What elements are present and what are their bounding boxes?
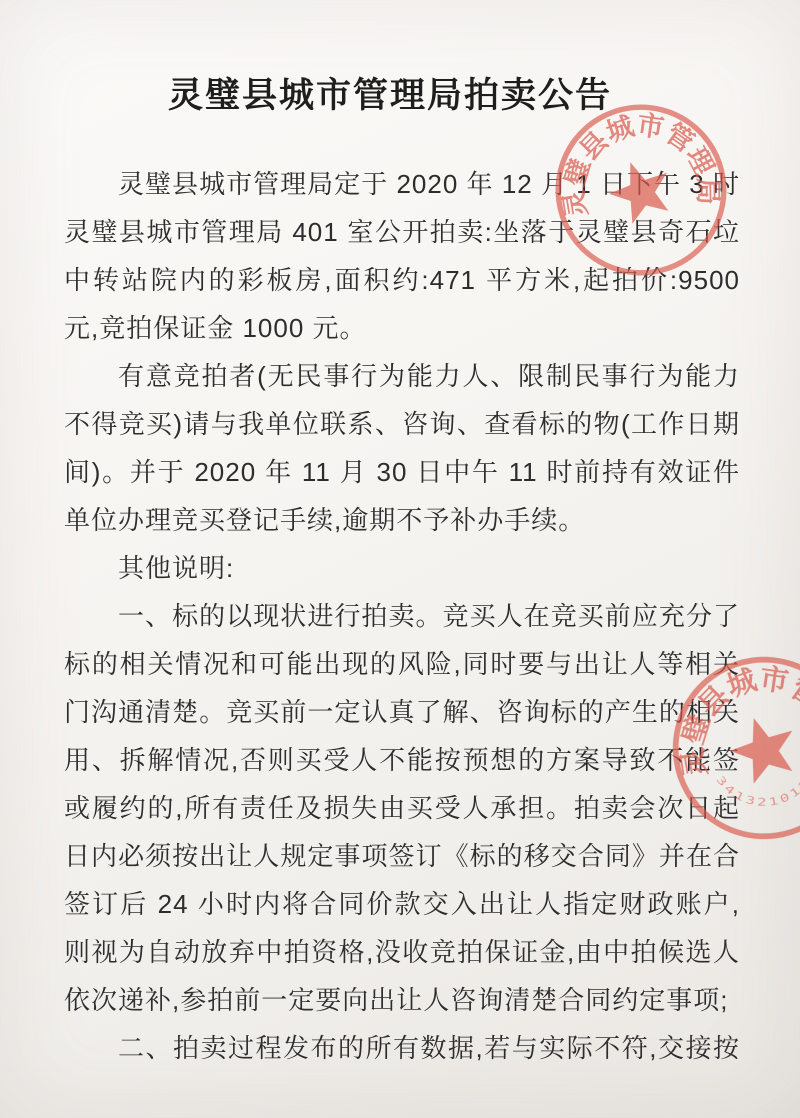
- text-line: 用、拆解情况,否则买受人不能按预想的方案导致不能签约: [64, 736, 740, 784]
- text-line: 一、标的以现状进行拍卖。竞买人在竞买前应充分了解: [64, 592, 740, 640]
- star-icon: [722, 708, 800, 788]
- document-body: 灵璧县城市管理局定于 2020 年 12 月 1 日下午 3 时在 灵璧县城市管…: [64, 160, 740, 1072]
- official-seal-top: 灵璧县城市管理局: [551, 96, 731, 284]
- document-photo: { "document": { "title": "灵璧县城市管理局拍卖公告",…: [0, 0, 800, 1118]
- text-line: 有意竞拍者(无民事行为能力人、限制民事行为能力人: [64, 352, 740, 400]
- text-line: 元,竞拍保证金 1000 元。: [64, 304, 740, 352]
- text-line: 二、拍卖过程发布的所有数据,若与实际不符,交接按: [64, 1024, 740, 1072]
- text-line: 日内必须按出让人规定事项签订《标的移交合同》并在合同: [64, 832, 740, 880]
- text-line: 门沟通清楚。竞买前一定认真了解、咨询标的产生的相关费: [64, 688, 740, 736]
- text-line: 则视为自动放弃中拍资格,没收竞拍保证金,由中拍候选人: [64, 928, 740, 976]
- text-line: 或履约的,所有责任及损失由买受人承担。拍卖会次日起 2: [64, 784, 740, 832]
- text-line: 依次递补,参拍前一定要向出让人咨询清楚合同约定事项;: [64, 976, 740, 1024]
- text-line: 签订后 24 小时内将合同价款交入出让人指定财政账户,否: [64, 880, 740, 928]
- text-line: 单位办理竞买登记手续,逾期不予补办手续。: [64, 496, 740, 544]
- star-icon: [601, 152, 679, 228]
- text-line: 间)。并于 2020 年 11 月 30 日中午 11 时前持有效证件到我: [64, 448, 740, 496]
- text-line: 不得竞买)请与我单位联系、咨询、查看标的物(工作日期: [64, 400, 740, 448]
- text-line: 其他说明:: [64, 544, 740, 592]
- text-line: 标的相关情况和可能出现的风险,同时要与出让人等相关部: [64, 640, 740, 688]
- official-seal-middle: 灵璧县城市管理局 3413210120: [658, 641, 800, 856]
